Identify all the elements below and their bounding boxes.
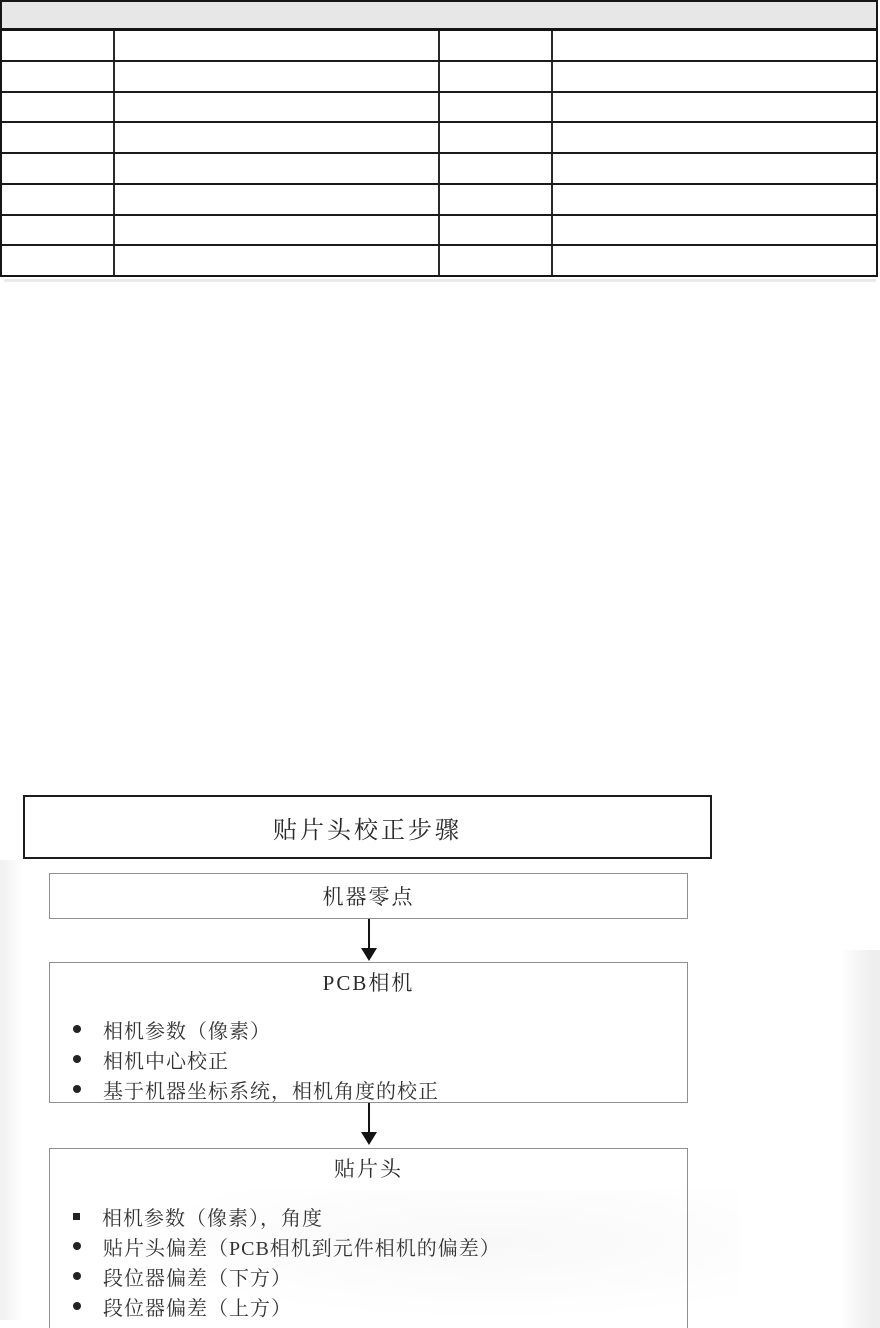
bullet-text: 相机中心校正	[103, 1045, 229, 1074]
node-title: 贴片头	[50, 1149, 687, 1183]
table-cell	[440, 216, 553, 245]
table-row	[2, 185, 876, 216]
data-table	[0, 0, 878, 277]
bullet-text: 段位器偏差（上方）	[103, 1292, 292, 1321]
scan-noise	[840, 950, 880, 1328]
table-cell	[115, 216, 440, 245]
bullet-list: 相机参数（像素） 相机中心校正 基于机器坐标系统，相机角度的校正	[50, 1014, 687, 1104]
table-cell	[115, 93, 440, 122]
arrow-down-icon	[361, 919, 377, 961]
flowchart-node-mount-head: 贴片头 相机参数（像素），角度 贴片头偏差（PCB相机到元件相机的偏差） 段位器…	[49, 1148, 688, 1328]
flowchart-title-box: 贴片头校正步骤	[23, 795, 712, 859]
table-cell	[440, 123, 553, 152]
table-cell	[553, 185, 876, 214]
bullet-marker-icon	[73, 1272, 81, 1280]
table-cell	[115, 154, 440, 183]
table-cell	[2, 216, 115, 245]
table-row	[2, 123, 876, 154]
table-scan-shadow	[4, 279, 876, 282]
bullet-item: 相机中心校正	[50, 1044, 687, 1074]
bullet-marker-icon	[73, 1242, 81, 1250]
flowchart-node-pcb-camera: PCB相机 相机参数（像素） 相机中心校正 基于机器坐标系统，相机角度的校正	[49, 962, 688, 1103]
table-cell	[553, 123, 876, 152]
bullet-item: 段位器偏差（上方）	[50, 1291, 687, 1321]
table-cell	[440, 62, 553, 91]
table-cell	[553, 216, 876, 245]
bullet-text: 相机参数（像素），角度	[102, 1202, 323, 1231]
table-body	[2, 31, 876, 275]
bullet-marker-icon	[73, 1055, 81, 1063]
table-row	[2, 246, 876, 275]
table-cell	[2, 185, 115, 214]
table-cell	[553, 93, 876, 122]
table-cell	[115, 246, 440, 275]
table-cell	[440, 154, 553, 183]
table-cell	[440, 31, 553, 60]
bullet-marker-icon	[73, 1085, 81, 1093]
flowchart-node-machine-zero: 机器零点	[49, 873, 688, 919]
table-row	[2, 154, 876, 185]
table-cell	[553, 246, 876, 275]
table-cell	[2, 31, 115, 60]
bullet-item: 相机参数（像素）	[50, 1014, 687, 1044]
table-cell	[2, 62, 115, 91]
bullet-item: 贴片头偏差（PCB相机到元件相机的偏差）	[50, 1231, 687, 1261]
table-row	[2, 31, 876, 62]
table-row	[2, 216, 876, 247]
arrow-head	[361, 948, 377, 961]
arrow-down-icon	[361, 1103, 377, 1145]
table-cell	[553, 154, 876, 183]
bullet-text: 贴片头偏差（PCB相机到元件相机的偏差）	[103, 1232, 501, 1261]
flowchart-title: 贴片头校正步骤	[273, 810, 462, 845]
table-cell	[2, 93, 115, 122]
arrow-shaft	[368, 1103, 370, 1132]
bullet-list: 相机参数（像素），角度 贴片头偏差（PCB相机到元件相机的偏差） 段位器偏差（下…	[50, 1201, 687, 1321]
node-title: 机器零点	[323, 881, 415, 911]
scan-noise	[0, 860, 22, 1320]
table-cell	[115, 62, 440, 91]
table-row	[2, 62, 876, 93]
bullet-item: 相机参数（像素），角度	[50, 1201, 687, 1231]
arrow-shaft	[368, 919, 370, 948]
table-cell	[553, 31, 876, 60]
node-title: PCB相机	[50, 963, 687, 997]
arrow-head	[361, 1132, 377, 1145]
table-cell	[440, 93, 553, 122]
table-cell	[553, 62, 876, 91]
bullet-marker-icon	[73, 1213, 80, 1220]
bullet-text: 相机参数（像素）	[103, 1015, 271, 1044]
table-cell	[2, 123, 115, 152]
bullet-marker-icon	[73, 1302, 81, 1310]
table-cell	[440, 246, 553, 275]
table-cell	[115, 123, 440, 152]
bullet-item: 段位器偏差（下方）	[50, 1261, 687, 1291]
bullet-text: 段位器偏差（下方）	[103, 1262, 292, 1291]
table-cell	[2, 246, 115, 275]
bullet-item: 基于机器坐标系统，相机角度的校正	[50, 1074, 687, 1104]
bullet-marker-icon	[73, 1025, 81, 1033]
table-cell	[2, 154, 115, 183]
scanned-document-page: 贴片头校正步骤 机器零点 PCB相机 相机参数（像素） 相机中心校正 基于机器坐…	[0, 0, 880, 1328]
table-cell	[115, 185, 440, 214]
table-row	[2, 93, 876, 124]
table-cell	[115, 31, 440, 60]
table-cell	[440, 185, 553, 214]
table-header-row	[2, 2, 876, 31]
bullet-text: 基于机器坐标系统，相机角度的校正	[103, 1075, 439, 1104]
